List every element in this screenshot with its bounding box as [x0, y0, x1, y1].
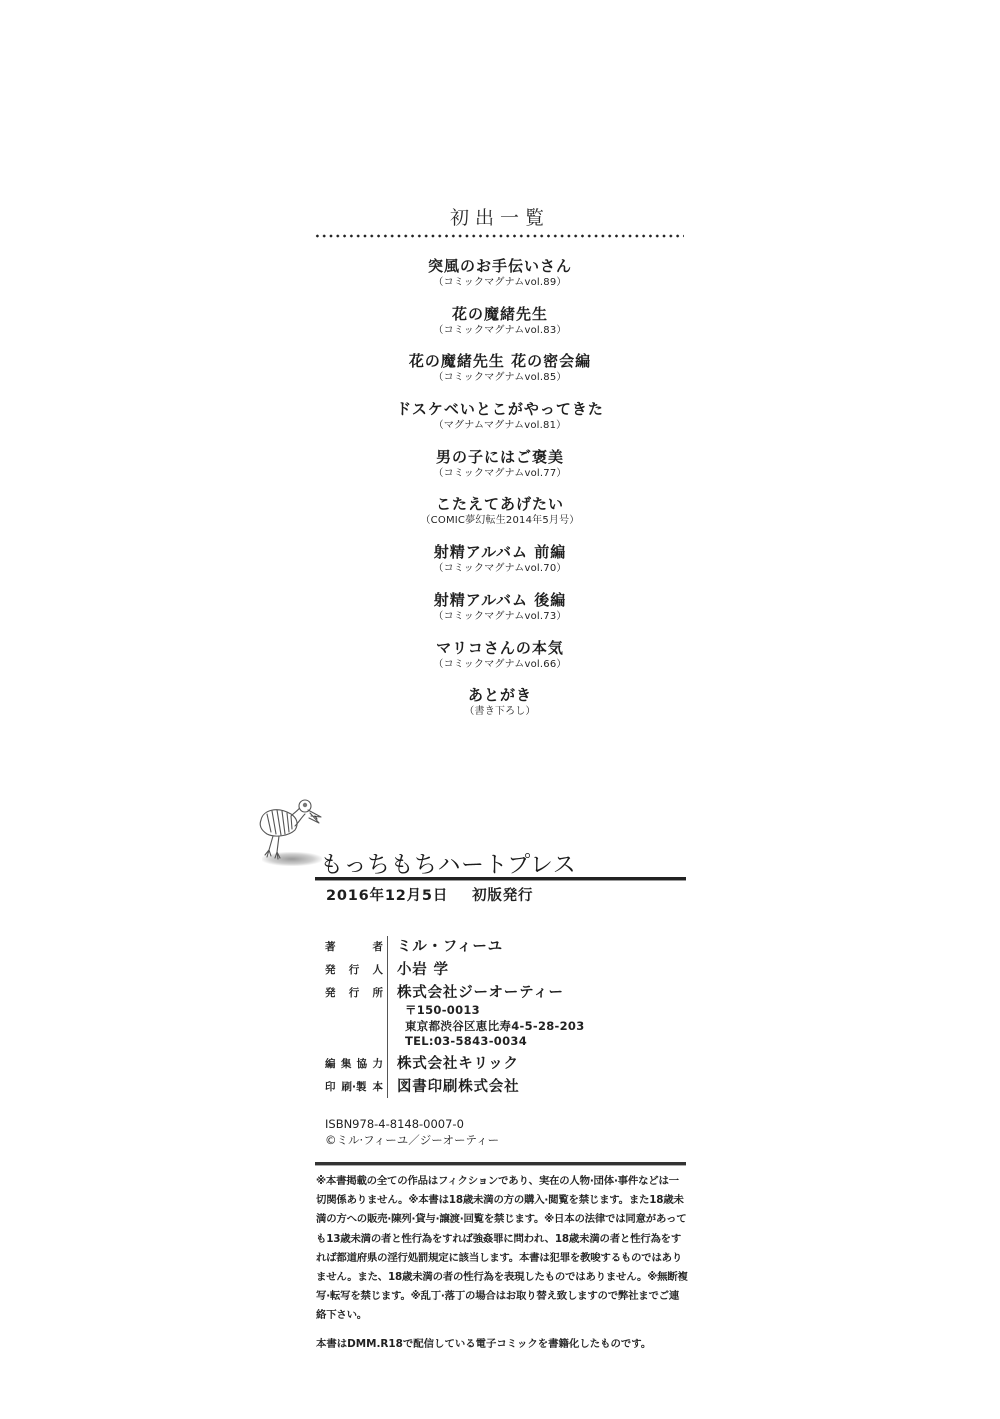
- edition: 初版発行: [472, 888, 533, 904]
- publication-date: 2016年12月5日初版発行: [326, 884, 533, 905]
- toc-item-source: （書き下ろし）: [0, 705, 1000, 719]
- credits: 著者 ミル・フィーユ 発行人 小岩 学 発行所 株式会社ジーオーティー 〒150…: [325, 934, 585, 1097]
- toc-list: 突風のお手伝いさん （コミックマグナムvol.89） 花の魔緒先生 （コミックマ…: [0, 256, 1000, 733]
- legal-notice: ※本書掲載の全ての作品はフィクションであり、実在の人物·団体·事件などは一切関係…: [316, 1172, 688, 1326]
- credit-value: 図書印刷株式会社: [397, 1075, 519, 1096]
- toc-item-source: （コミックマグナムvol.77）: [0, 467, 1000, 481]
- credit-row-publisher-person: 発行人 小岩 学: [325, 957, 585, 980]
- title-divider: [315, 877, 686, 881]
- street-address: 東京都渋谷区恵比寿4-5-28-203: [405, 1019, 585, 1035]
- toc-item-title: 突風のお手伝いさん: [0, 256, 1000, 276]
- toc-item-title: あとがき: [0, 685, 1000, 705]
- postal-code: 〒150-0013: [405, 1003, 585, 1019]
- notice-divider: [315, 1162, 686, 1166]
- toc-item-title: マリコさんの本気: [0, 638, 1000, 658]
- credit-value: 小岩 学: [397, 958, 449, 979]
- toc-item: ドスケベいとこがやってきた （マグナムマグナムvol.81）: [0, 399, 1000, 447]
- isbn-block: ISBN978-4-8148-0007-0 ©ミル·フィーユ／ジーオーティー: [325, 1117, 499, 1148]
- toc-item: 射精アルバム 前編 （コミックマグナムvol.70）: [0, 542, 1000, 590]
- digital-source-note: 本書はDMM.R18で配信している電子コミックを書籍化したものです。: [316, 1335, 651, 1350]
- toc-item: あとがき （書き下ろし）: [0, 685, 1000, 733]
- toc-item: 射精アルバム 後編 （コミックマグナムvol.73）: [0, 590, 1000, 638]
- toc-item-title: 射精アルバム 前編: [0, 542, 1000, 562]
- toc-item-title: こたえてあげたい: [0, 494, 1000, 514]
- toc-title: 初出一覧: [0, 203, 1000, 230]
- toc-item-title: ドスケベいとこがやってきた: [0, 399, 1000, 419]
- toc-item-title: 花の魔緒先生 花の密会編: [0, 351, 1000, 371]
- dotted-divider: [314, 234, 684, 238]
- credit-row-author: 著者 ミル・フィーユ: [325, 934, 585, 957]
- toc-item: こたえてあげたい （COMIC夢幻転生2014年5月号）: [0, 494, 1000, 542]
- toc-item-title: 花の魔緒先生: [0, 304, 1000, 324]
- credit-row-publisher: 発行所 株式会社ジーオーティー: [325, 980, 585, 1003]
- credit-label: 印刷·製本: [325, 1079, 383, 1094]
- telephone: TEL:03-5843-0034: [405, 1034, 585, 1050]
- toc-item: 花の魔緒先生 花の密会編 （コミックマグナムvol.85）: [0, 351, 1000, 399]
- toc-item-title: 男の子にはご褒美: [0, 447, 1000, 467]
- credit-label: 著者: [325, 939, 383, 954]
- credit-row-editorial: 編集協力 株式会社キリック: [325, 1051, 585, 1074]
- bird-illustration-icon: [255, 792, 330, 867]
- toc-item-source: （コミックマグナムvol.73）: [0, 610, 1000, 624]
- toc-item: 突風のお手伝いさん （コミックマグナムvol.89）: [0, 256, 1000, 304]
- credit-value: ミル・フィーユ: [397, 935, 503, 956]
- copyright: ©ミル·フィーユ／ジーオーティー: [325, 1133, 499, 1149]
- toc-item-source: （コミックマグナムvol.89）: [0, 276, 1000, 290]
- credit-value: 株式会社ジーオーティー: [397, 981, 564, 1002]
- toc-item-source: （コミックマグナムvol.66）: [0, 658, 1000, 672]
- credit-label: 発行所: [325, 985, 383, 1000]
- publisher-address: 〒150-0013 東京都渋谷区恵比寿4-5-28-203 TEL:03-584…: [405, 1003, 585, 1051]
- toc-item: マリコさんの本気 （コミックマグナムvol.66）: [0, 638, 1000, 686]
- credit-value: 株式会社キリック: [397, 1052, 519, 1073]
- toc-item-source: （コミックマグナムvol.83）: [0, 324, 1000, 338]
- toc-item-source: （コミックマグナムvol.70）: [0, 562, 1000, 576]
- date: 2016年12月5日: [326, 888, 448, 904]
- toc-item: 男の子にはご褒美 （コミックマグナムvol.77）: [0, 447, 1000, 495]
- credit-row-printing: 印刷·製本 図書印刷株式会社: [325, 1074, 585, 1097]
- book-title: もっちもちハートプレス: [320, 846, 576, 879]
- toc-item-title: 射精アルバム 後編: [0, 590, 1000, 610]
- toc-item-source: （コミックマグナムvol.85）: [0, 371, 1000, 385]
- credit-label: 発行人: [325, 962, 383, 977]
- toc-item-source: （COMIC夢幻転生2014年5月号）: [0, 514, 1000, 528]
- credit-label: 編集協力: [325, 1056, 383, 1071]
- toc-item: 花の魔緒先生 （コミックマグナムvol.83）: [0, 304, 1000, 352]
- toc-item-source: （マグナムマグナムvol.81）: [0, 419, 1000, 433]
- isbn: ISBN978-4-8148-0007-0: [325, 1117, 499, 1133]
